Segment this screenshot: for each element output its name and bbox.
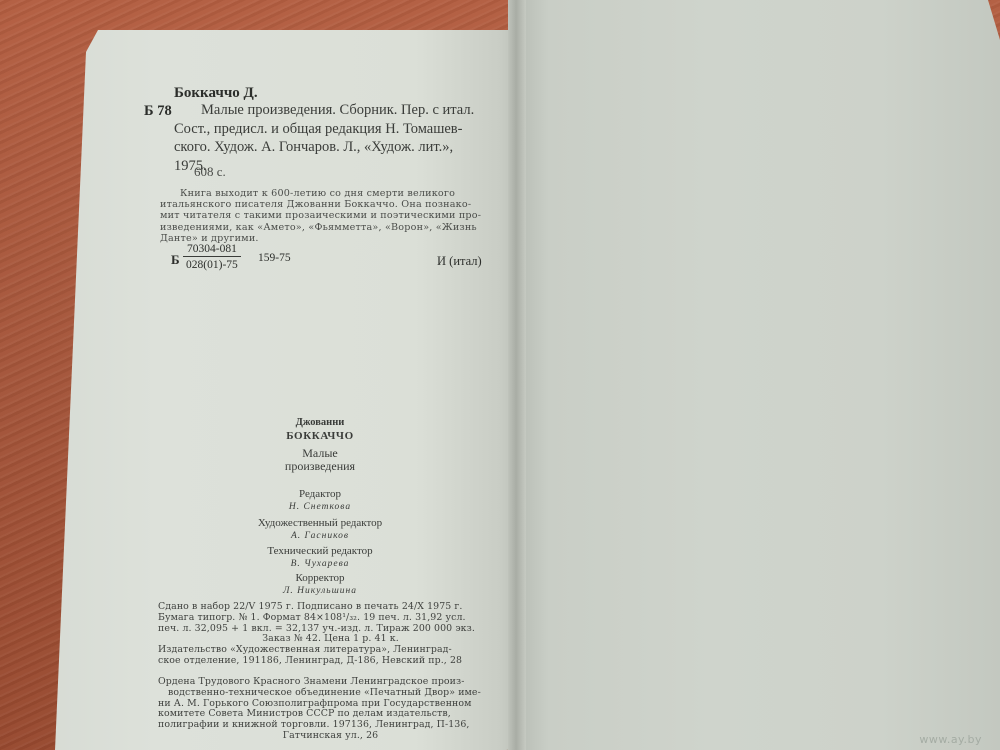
book-title-line: произведения bbox=[200, 459, 440, 474]
print-info: Сдано в набор 22/V 1975 г. Подписано в п… bbox=[158, 602, 503, 645]
annotation: Книга выходит к 600-летию со дня смерти … bbox=[160, 188, 498, 244]
udc-code: И (итал) bbox=[437, 254, 482, 269]
credit-name: Н. Снеткова bbox=[200, 502, 440, 512]
index-letter: Б bbox=[171, 252, 180, 268]
annotation-line: итальянского писателя Джованни Боккаччо.… bbox=[160, 199, 498, 210]
bib-author: Боккаччо Д. bbox=[174, 85, 258, 102]
book-spine bbox=[508, 0, 526, 750]
bib-line: Сост., предисл. и общая редакция Н. Тома… bbox=[174, 120, 509, 139]
credit-name: Л. Никульшина bbox=[200, 586, 440, 596]
bib-line: Малые произведения. Сборник. Пер. с итал… bbox=[174, 101, 509, 120]
author-surname: БОККАЧЧО bbox=[200, 430, 440, 442]
bib-line: ского. Худож. А. Гончаров. Л., «Худож. л… bbox=[174, 138, 509, 157]
index-fraction: 70304-081 028(01)-75 bbox=[183, 243, 241, 271]
watermark: www.ay.by bbox=[919, 733, 982, 746]
credit-role: Художественный редактор bbox=[200, 517, 440, 529]
publisher-info: Издательство «Художественная литература»… bbox=[158, 645, 503, 667]
index-tail: 159-75 bbox=[258, 252, 291, 264]
annotation-line: изведениями, как «Амето», «Фьямметта», «… bbox=[160, 222, 498, 233]
bib-classification-code: Б 78 bbox=[144, 103, 172, 120]
open-book: Боккаччо Д. Б 78 Малые произведения. Сбо… bbox=[0, 0, 1000, 750]
annotation-line: мит читателя с такими прозаическими и по… bbox=[160, 210, 498, 221]
imprint-line: Гатчинская ул., 26 bbox=[158, 731, 503, 742]
credit-role: Редактор bbox=[200, 488, 440, 500]
imprint-line: Бумага типогр. № 1. Формат 84×108¹/₃₂. 1… bbox=[158, 613, 503, 624]
imprint-line: ское отделение, 191186, Ленинград, Д-186… bbox=[158, 656, 503, 667]
credit-role: Корректор bbox=[200, 572, 440, 584]
credit-role: Технический редактор bbox=[200, 545, 440, 557]
credit-name: В. Чухарева bbox=[200, 559, 440, 569]
index-denominator: 028(01)-75 bbox=[183, 257, 241, 271]
right-page-blank bbox=[520, 0, 1000, 750]
author-first-name: Джованни bbox=[200, 417, 440, 428]
credit-name: А. Гасников bbox=[200, 531, 440, 541]
index-numerator: 70304-081 bbox=[183, 243, 241, 257]
page-count: 608 с. bbox=[194, 164, 226, 180]
annotation-line: Книга выходит к 600-летию со дня смерти … bbox=[160, 188, 498, 199]
imprint-line: водственно-техническое объединение «Печа… bbox=[158, 688, 503, 699]
printer-info: Ордена Трудового Красного Знамени Ленинг… bbox=[158, 677, 503, 742]
